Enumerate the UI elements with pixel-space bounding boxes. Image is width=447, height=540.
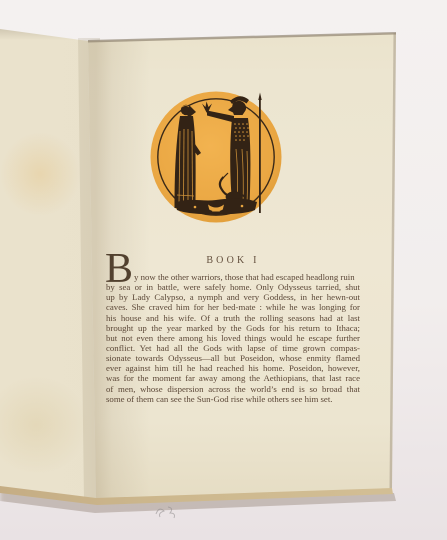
text-line: caves. She craved him for her bed-mate :…: [106, 302, 360, 312]
text-line: ever against him till he had reached his…: [106, 363, 360, 373]
drop-cap-initial: B: [105, 248, 133, 290]
chapter-heading: BOOK I: [106, 255, 360, 266]
text-line: some of them can see the Sun-God rise wh…: [106, 394, 360, 404]
pencil-mark: [153, 503, 179, 520]
body-paragraph: B y now the other warriors, those that h…: [106, 272, 360, 404]
text-line: his house and his wife. Of a truth the r…: [106, 313, 360, 323]
text-line: up by Lady Calypso, a nymph and very God…: [106, 292, 360, 302]
text-line: was for the moment far away among the Ae…: [106, 373, 360, 383]
ground-ornament: [175, 198, 257, 214]
text-line: sionate towards Odysseus—all but Poseido…: [106, 353, 360, 363]
photo-of-open-book: BOOK I B y now the other warriors, those…: [0, 0, 447, 540]
text-line: but not even there among his loved thing…: [106, 333, 360, 343]
text-line: y now the other warriors, those that had…: [106, 272, 332, 282]
text-line: conflict. Yet had all the Gods with laps…: [106, 343, 360, 353]
medallion-illustration: [150, 91, 282, 223]
text-line: brought up the year marked by the Gods f…: [106, 323, 360, 333]
left-page-top-shadow: [0, 26, 92, 40]
text-line: of men, whose dispersion across the worl…: [106, 384, 360, 394]
text-line: by sea or in battle, were safely home. O…: [106, 282, 360, 292]
